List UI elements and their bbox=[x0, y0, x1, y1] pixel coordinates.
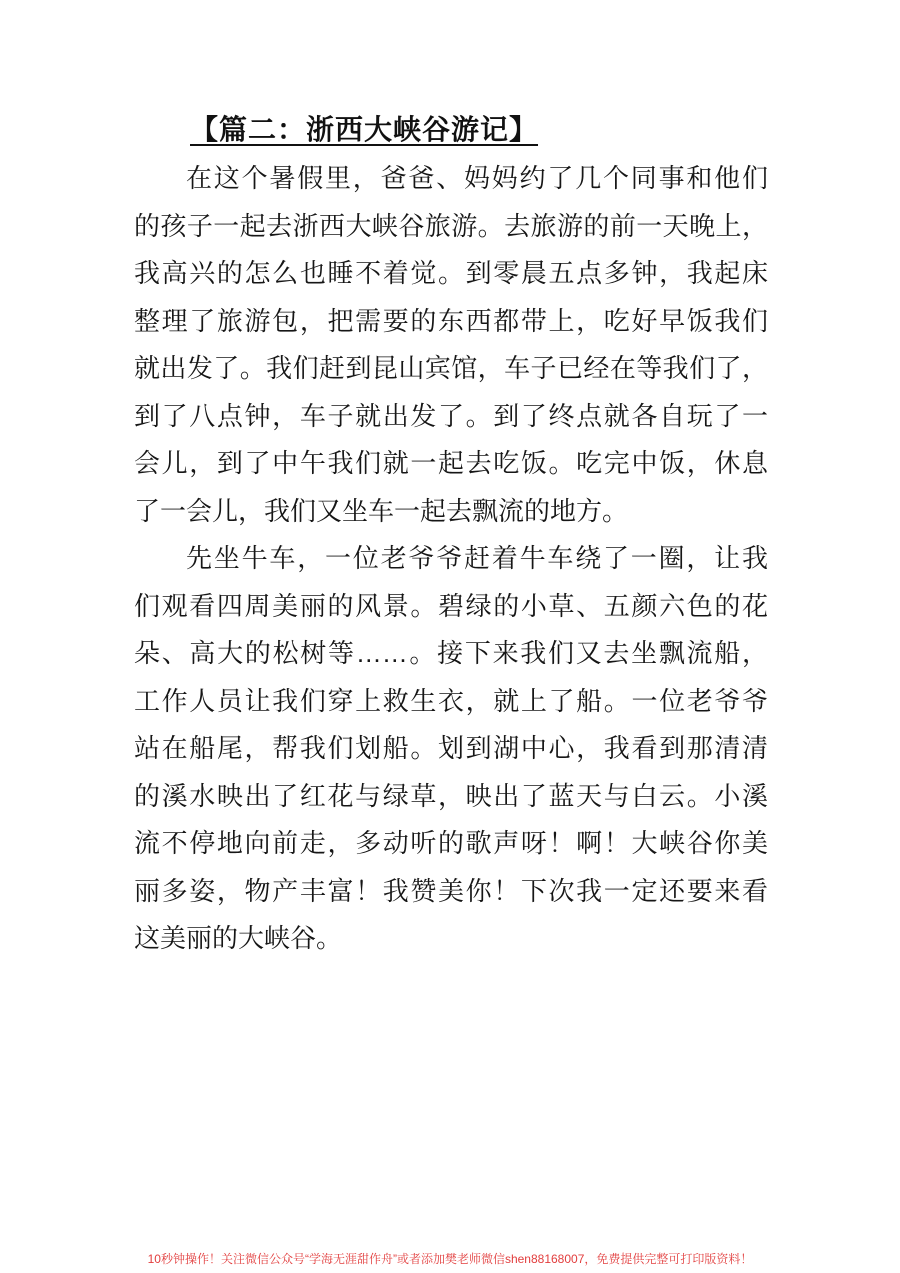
body-line: 先坐牛车，一位老爷爷赶着牛车绕了一圈，让我 bbox=[134, 535, 768, 583]
footer-notice: 10秒钟操作！关注微信公众号“学海无涯甜作舟”或者添加樊老师微信shen8816… bbox=[0, 1251, 900, 1267]
body-line: 就出发了。我们赶到昆山宾馆，车子已经在等我们了， bbox=[134, 345, 768, 393]
body-line: 了一会儿，我们又坐车一起去飘流的地方。 bbox=[134, 488, 768, 536]
paragraph-2: 先坐牛车，一位老爷爷赶着牛车绕了一圈，让我 们观看四周美丽的风景。碧绿的小草、五… bbox=[134, 535, 768, 963]
body-line: 们观看四周美丽的风景。碧绿的小草、五颜六色的花 bbox=[134, 583, 768, 631]
body-line: 的溪水映出了红花与绿草，映出了蓝天与白云。小溪 bbox=[134, 773, 768, 821]
essay-title: 【篇二：浙西大峡谷游记】 bbox=[134, 112, 768, 148]
essay-content: 【篇二：浙西大峡谷游记】 在这个暑假里，爸爸、妈妈约了几个同事和他们 的孩子一起… bbox=[134, 112, 768, 963]
body-line: 流不停地向前走，多动听的歌声呀！啊！大峡谷你美 bbox=[134, 820, 768, 868]
document-page: 【篇二：浙西大峡谷游记】 在这个暑假里，爸爸、妈妈约了几个同事和他们 的孩子一起… bbox=[0, 0, 900, 1273]
body-line: 丽多姿，物产丰富！我赞美你！下次我一定还要来看 bbox=[134, 868, 768, 916]
body-line: 工作人员让我们穿上救生衣，就上了船。一位老爷爷 bbox=[134, 678, 768, 726]
body-line: 在这个暑假里，爸爸、妈妈约了几个同事和他们 bbox=[134, 155, 768, 203]
body-line: 会儿，到了中午我们就一起去吃饭。吃完中饭，休息 bbox=[134, 440, 768, 488]
body-line: 站在船尾，帮我们划船。划到湖中心，我看到那清清 bbox=[134, 725, 768, 773]
body-line: 到了八点钟，车子就出发了。到了终点就各自玩了一 bbox=[134, 393, 768, 441]
body-line: 整理了旅游包，把需要的东西都带上，吃好早饭我们 bbox=[134, 298, 768, 346]
body-line: 这美丽的大峡谷。 bbox=[134, 915, 768, 963]
body-line: 的孩子一起去浙西大峡谷旅游。去旅游的前一天晚上， bbox=[134, 203, 768, 251]
body-line: 朵、高大的松树等……。接下来我们又去坐飘流船， bbox=[134, 630, 768, 678]
paragraph-1: 在这个暑假里，爸爸、妈妈约了几个同事和他们 的孩子一起去浙西大峡谷旅游。去旅游的… bbox=[134, 155, 768, 535]
body-line: 我高兴的怎么也睡不着觉。到零晨五点多钟，我起床 bbox=[134, 250, 768, 298]
